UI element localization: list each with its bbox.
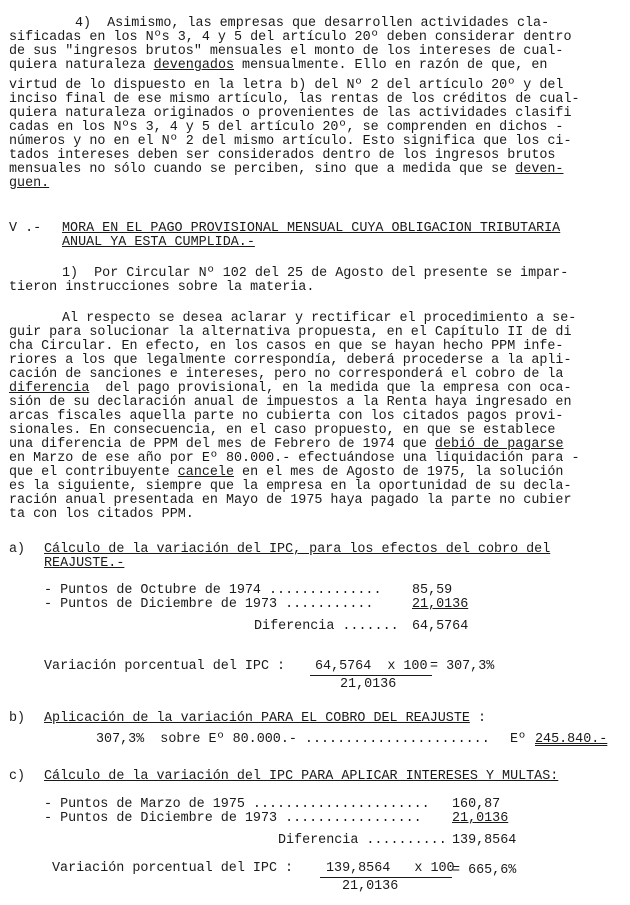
item-a-label: a) [9,543,25,557]
underlined-cancele: cancele [178,465,234,480]
respecto-line-11: en Marzo de ese año por Eº 80.000.- efec… [9,452,580,466]
para4-line-12: guen. [9,177,49,191]
para1-line-1: 1) Por Circular Nº 102 del 25 de Agosto … [62,267,568,281]
item-b-title-wrap: Aplicación de la variación PARA EL COBRO… [44,712,486,726]
underlined-diferencia: diferencia [9,381,89,396]
para4-line-7: quiera naturaleza originados o provenien… [9,107,572,121]
item-a-row-2-text: - Puntos de Diciembre de 1973 ..........… [44,598,373,612]
item-a-title-line-2: REAJUSTE.- [44,557,124,571]
text: una diferencia de PPM del mes de Febrero… [9,437,435,452]
item-c-row-1-value: 160,87 [452,798,500,812]
para4-line-4: quiera naturaleza devengados mensualment… [9,59,547,73]
item-a-diff-label: Diferencia ....... [254,620,399,634]
para1-line-2: tieron instrucciones sobre la materia. [9,281,314,295]
item-c-fraction-bar [320,877,452,878]
respecto-line-7: sión de su declaración anual de impuesto… [9,396,572,410]
respecto-line-2: guir para solucionar la alternativa prop… [9,326,572,340]
text: : [470,711,486,726]
item-a-result: = 307,3% [430,660,494,674]
para4-line-8: cadas en los Nºs 3, 4 y 5 del artículo 2… [9,121,563,135]
item-c-variation-label: Variación porcentual del IPC : [52,862,293,876]
item-a-denominator: 21,0136 [340,678,396,692]
section-title-line-1: MORA EN EL PAGO PROVISIONAL MENSUAL CUYA… [62,222,560,236]
item-a-fraction-bar [310,675,432,676]
item-c-title: Cálculo de la variación del IPC PARA APL… [44,770,558,784]
text: del pago provisional, en la medida que l… [89,381,571,396]
document-page: 4) Asimismo, las empresas que desarrolle… [0,0,630,905]
item-a-diff-value: 64,5764 [412,620,468,634]
text: mensuales no sólo cuando se perciben, si… [9,162,515,177]
para4-line-5: virtud de lo dispuesto en la letra b) de… [9,79,563,93]
para4-line-9: números y no en el Nº 2 del mismo artícu… [9,135,572,149]
item-b-amount: 245.840.- [535,733,607,747]
item-c-label: c) [9,770,25,784]
item-c-row-2-text: - Puntos de Diciembre de 1973 ..........… [44,812,422,826]
section-title-line-2: ANUAL YA ESTA CUMPLIDA.- [62,236,255,250]
respecto-line-10: una diferencia de PPM del mes de Febrero… [9,438,563,452]
item-c-denominator: 21,0136 [342,880,398,894]
para4-line-6: inciso final de ese mismo artículo, las … [9,93,580,107]
item-b-line-text: 307,3% sobre Eº 80.000.- ...............… [96,733,490,747]
text: quiera naturaleza [9,58,154,73]
respecto-line-15: ta con los citados PPM. [9,508,194,522]
para4-line-11: mensuales no sólo cuando se perciben, si… [9,163,563,177]
para4-line-3: de sus "ingresos brutos" mensuales el mo… [9,45,563,59]
item-c-result: = 665,6% [452,864,516,878]
item-a-numerator: 64,5764 x 100 [315,660,428,674]
respecto-line-14: ración anual presentada en Mayo de 1975 … [9,494,572,508]
underlined-devengados: devengados [154,58,234,73]
item-c-row-1-text: - Puntos de Marzo de 1975 ..............… [44,798,430,812]
item-c-diff-value: 139,8564 [452,834,516,848]
para4-line-10: tados intereses deben ser considerados d… [9,149,555,163]
item-a-row-1-text: - Puntos de Octubre de 1974 ............… [44,584,382,598]
para4-line-2: sificadas en los Nºs 3, 4 y 5 del artícu… [9,31,572,45]
respecto-line-9: sionales. En consecuencia, en el caso pr… [9,424,555,438]
item-c-numerator: 139,8564 x 100 [326,862,455,876]
item-c-diff-label: Diferencia .......... [278,834,447,848]
item-b-title: Aplicación de la variación PARA EL COBRO… [44,711,470,726]
respecto-line-3: cha Circular. En efecto, en los casos en… [9,340,563,354]
respecto-line-8: arcas fiscales aquella parte no cubierta… [9,410,563,424]
text: en el mes de Agosto de 1975, la solución [234,465,563,480]
underlined-debio-de-pagarse: debió de pagarse [435,437,564,452]
underlined-devenguen: deven- [515,162,563,177]
item-c-row-2-value: 21,0136 [452,812,508,826]
text: mensualmente. Ello en razón de que, en [234,58,547,73]
item-a-variation-label: Variación porcentual del IPC : [44,660,285,674]
item-b-currency: Eº [510,733,526,747]
item-a-row-1-value: 85,59 [412,584,452,598]
item-a-row-2-value: 21,0136 [412,598,468,612]
text: que el contribuyente [9,465,178,480]
section-number: V .- [9,222,41,236]
respecto-line-6: diferencia del pago provisional, en la m… [9,382,572,396]
respecto-line-1: Al respecto se desea aclarar y rectifica… [62,312,576,326]
item-a-title-line-1: Cálculo de la variación del IPC, para lo… [44,543,550,557]
respecto-line-5: cación de sanciones e intereses, pero no… [9,368,563,382]
respecto-line-12: que el contribuyente cancele en el mes d… [9,466,563,480]
respecto-line-4: riores a los que legalmente correspondía… [9,354,572,368]
respecto-line-13: es la siguiente, siempre que la empresa … [9,480,572,494]
item-b-label: b) [9,712,25,726]
para4-line-1: 4) Asimismo, las empresas que desarrolle… [75,17,549,31]
